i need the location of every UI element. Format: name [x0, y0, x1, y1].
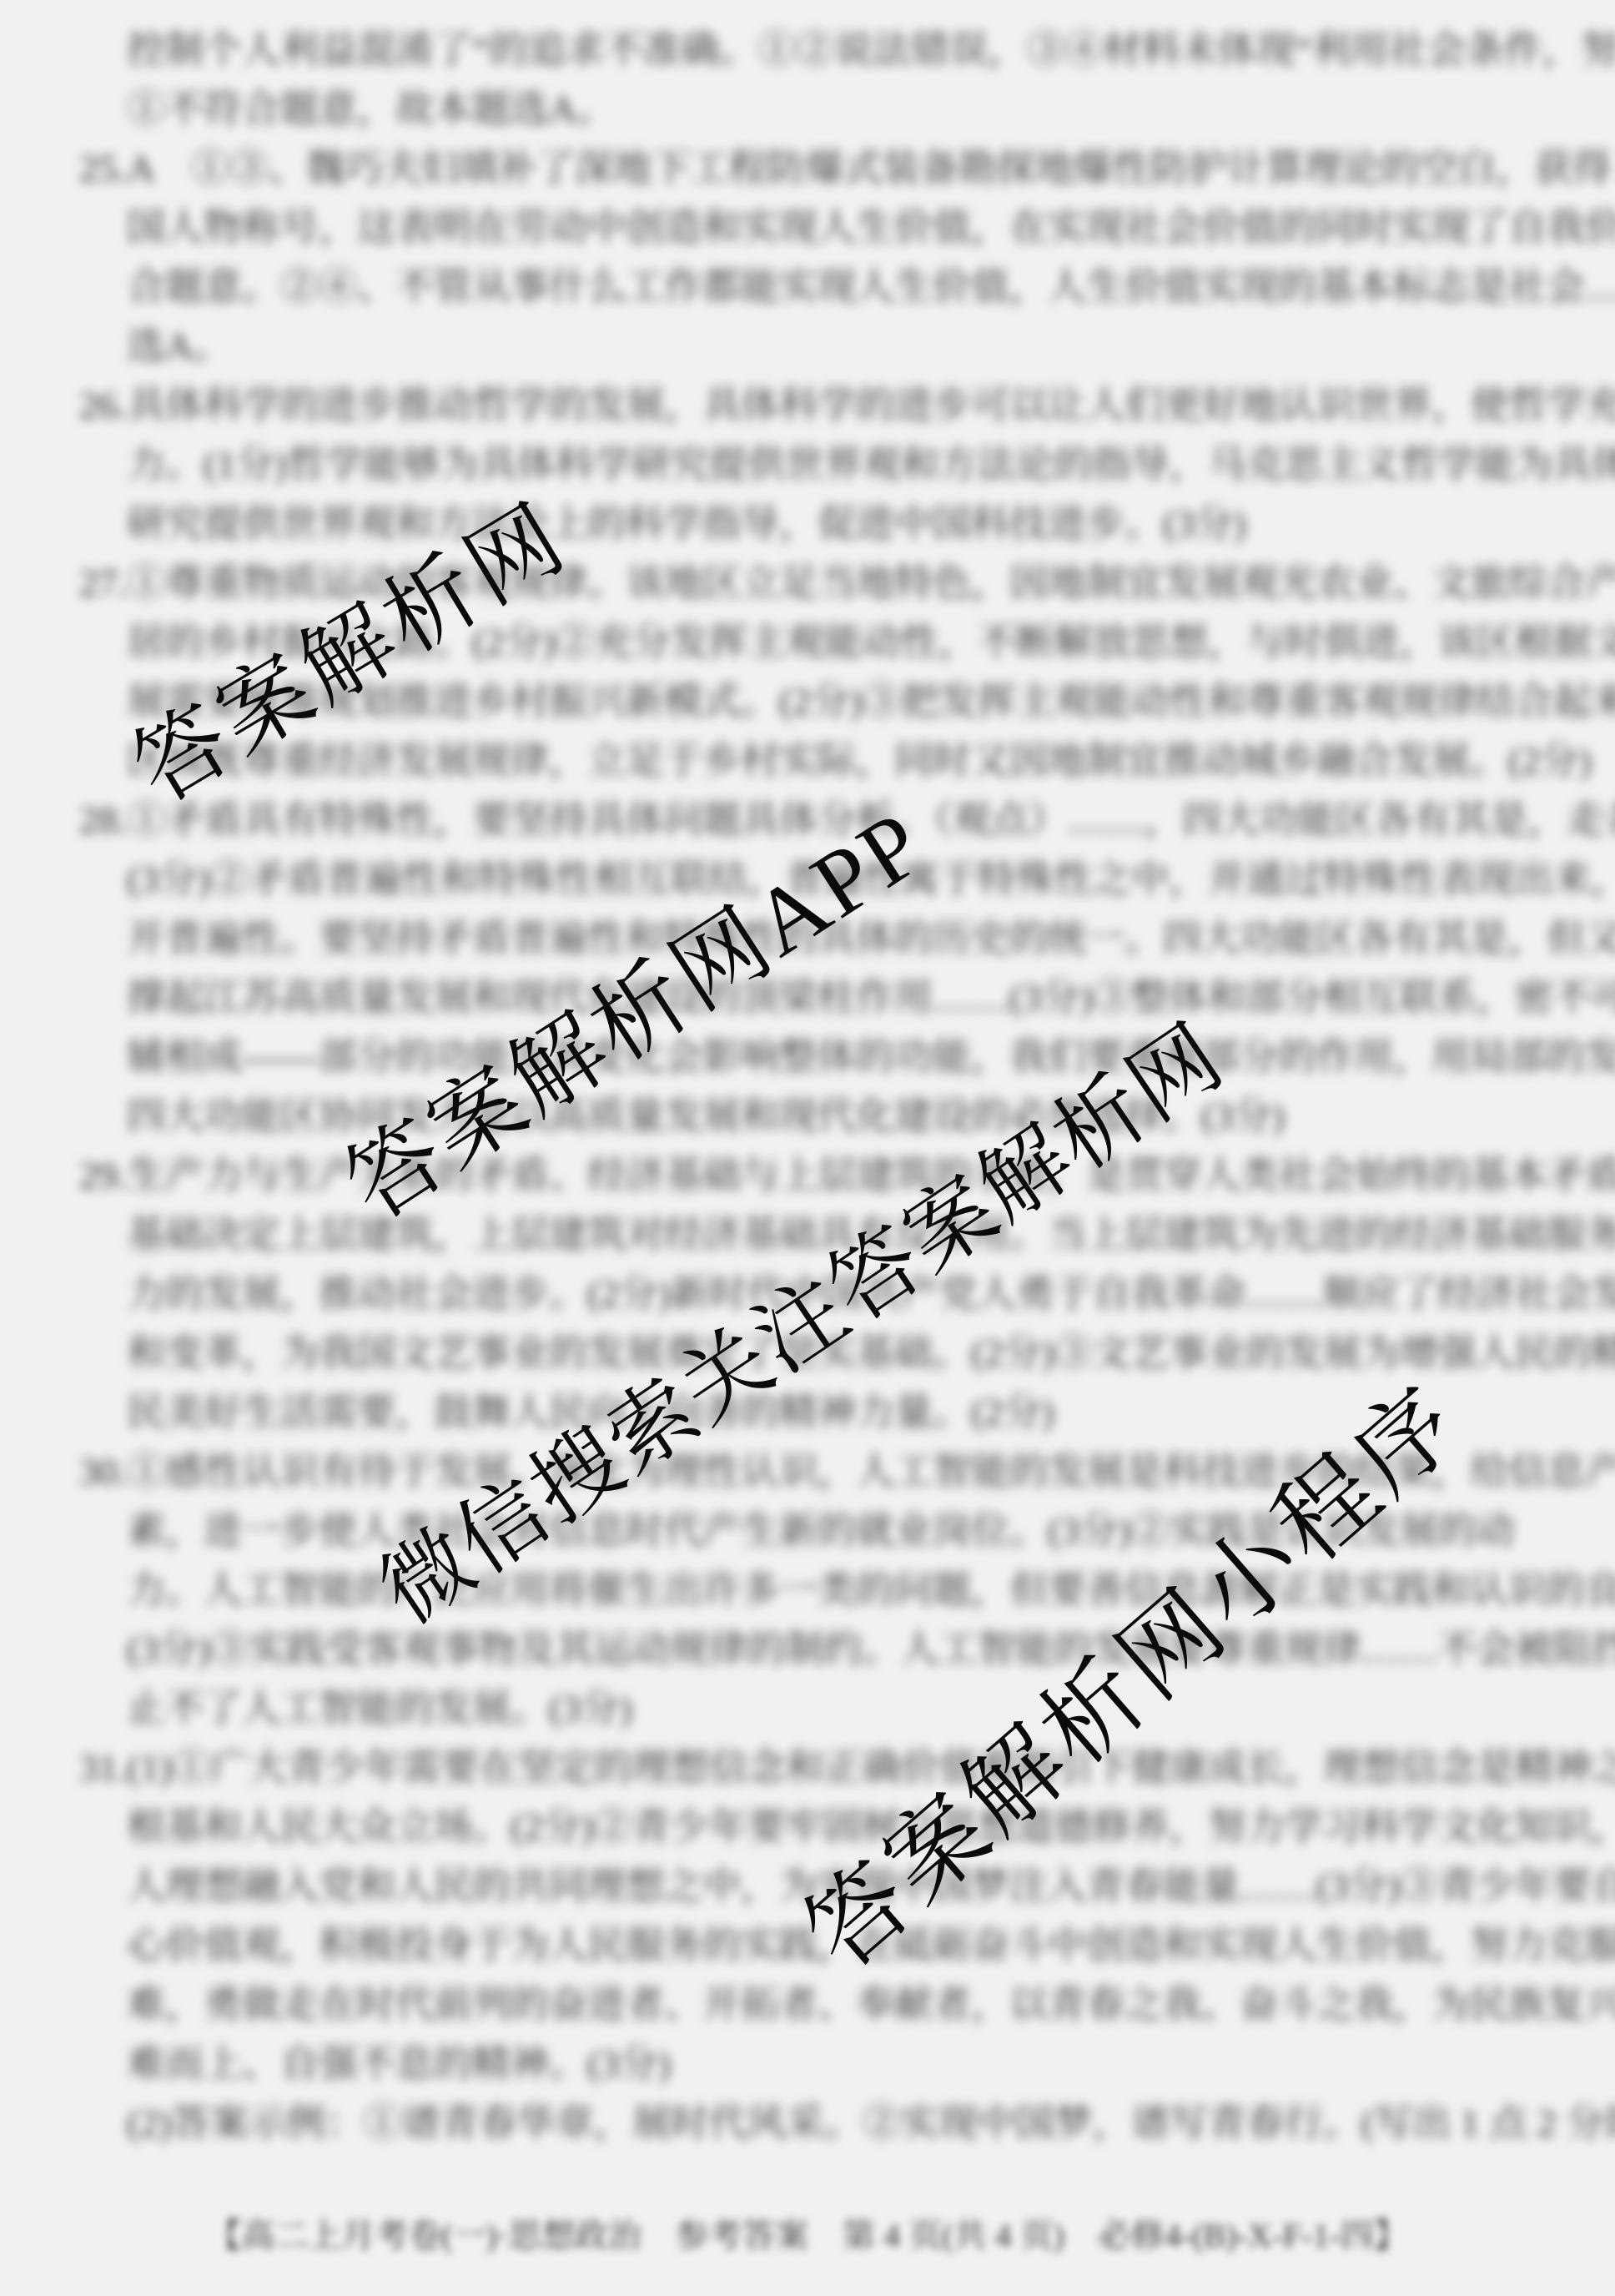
answer-item-first-line: 29.生产力与生产关系的矛盾、经济基础与上层建筑的矛盾，是贯穿人类社会始终的基本…	[79, 1145, 1581, 1205]
answer-line: 力。(1分)哲学能够为具体科学研究提供世界观和方法论的指导，马克思主义哲学能为具…	[79, 435, 1581, 494]
answer-line: ①不符合题意，故本题选A。	[79, 79, 1581, 138]
item-number: 31.	[79, 1738, 128, 1797]
answer-line: 辅相成——部分的功能及其变化会影响整体的功能，我们要重视部分的作用，用局部的发展…	[79, 1027, 1581, 1086]
answer-line: 合题意。②④、不管从事什么工作都能实现人生价值，人生价值实现的基本标志是社会………	[79, 257, 1581, 316]
answer-item-first-line: 28.①矛盾具有特殊性，要坚持具体问题具体分析。（观点）……，四大功能区各有其是…	[79, 790, 1581, 849]
answer-line: 控制个人利益混淆了“的追求不准确。①②说法错误，③④材料未体现“利用社会条件，努…	[79, 20, 1581, 79]
answer-line: 素，进一步使人类社会对信息时代产生新的就业岗位。(3分)②实践是认识发展的动	[79, 1501, 1581, 1560]
answer-line: 和变革，为我国文艺事业的发展奠定了坚实基础。(2分)③文艺事业的发展为增强人民的…	[79, 1323, 1581, 1382]
answer-line: 区域既尊重经济发展规律，立足于乡村实际，同时又因地制宜推动城乡融合发展。(2分)	[79, 731, 1581, 790]
answer-line: 四大功能区协同发力是以高质量发展和现代化建设的必然选择。(3分)	[79, 1086, 1581, 1145]
item-number: 29.	[79, 1145, 128, 1205]
exam-answer-sheet-page: 控制个人利益混淆了“的追求不准确。①②说法错误，③④材料未体现“利用社会条件，努…	[0, 0, 1615, 2296]
answer-item-first-line: 25.A ①③、魏巧夫妇填补了深地下工程防爆式装备勘探地爆性防护计算理论的空白，…	[79, 138, 1581, 198]
page-footer: 【高二上月考卷(一)·思想政治 参考答案 第 4 页(共 4 页) 必修4-(B…	[0, 2213, 1615, 2259]
answer-line: 撑起江苏高质量发展和现代化建设的顶梁柱作用……(3分)③整体和部分相互联系，密不…	[79, 968, 1581, 1027]
answer-line: 开普遍性。要坚持矛盾普遍性和特殊性的具体的历史的统一。四大功能区各有其是，但又与…	[79, 909, 1581, 968]
answer-line: 选A。	[79, 316, 1581, 375]
answer-line: (3分)③实践受客观事物及其运动规律的制约。人工智能的发展要尊重规律……不会被阻…	[79, 1619, 1581, 1679]
answer-line: 基础决定上层建筑，上层建筑对经济基础具有反作用。当上层建筑为先进的经济基础服务时…	[79, 1205, 1581, 1264]
answer-line: 止不了人工智能的发展。(3分)	[79, 1679, 1581, 1738]
answer-item-first-line: 26.具体科学的进步推动哲学的发展，具体科学的进步可以让人们更好地认识世界，使哲…	[79, 375, 1581, 435]
answer-line: 居的乡村振兴之路。(2分)②充分发挥主观能动性，不断解放思想，与时俱进，该区根据…	[79, 612, 1581, 672]
footer-text: 【高二上月考卷(一)·思想政治 参考答案 第 4 页(共 4 页) 必修4-(B…	[208, 2217, 1407, 2254]
answer-line: 展需要统筹规划推进乡村振兴新模式。(2分)③把发挥主观能动性和尊重客观规律结合起…	[79, 672, 1581, 731]
item-number: 30.	[79, 1442, 128, 1501]
item-number: 28.	[79, 790, 128, 849]
answer-line: 力的发展，推动社会进步。(2分)新时代中国共产党人勇于自我革命……顺应了经济社会…	[79, 1264, 1581, 1323]
item-number: 27.	[79, 553, 128, 612]
answer-line: 力。人工智能的广泛应用将催生出许多一类的问题，但要善信息源解正是实践和认识的良性…	[79, 1560, 1581, 1619]
answer-line: (2)答案示例：①谱青春华章，展时代风采。②实现中国梦，谱写青春行。(写出 1 …	[79, 2093, 1581, 2152]
answer-line: 研究提供世界观和方法论上的科学指导，促进中国科技进步。(3分)	[79, 494, 1581, 553]
answer-item-first-line: 30.①感性认识有待于发展、深化为理性认识，人工智能的发展是科技进步的结果，给信…	[79, 1442, 1581, 1501]
item-number: 25.	[79, 138, 128, 198]
item-number: 26.	[79, 375, 128, 435]
answer-line: 难，勇做走在时代前列的奋进者、开拓者、奉献者，以青春之我、奋斗之我，为民族复兴铺…	[79, 1975, 1581, 2034]
answer-line: 难而上、自强不息的精神。(3分)	[79, 2034, 1581, 2093]
answer-line: 根基和人民大众立场。(2分)②青少年要牢固树立思想道德修养，努力学习科学文化知识…	[79, 1797, 1581, 1856]
answer-line: 人理想融入党和人民的共同理想之中，为实现中国梦注入青春能量……(3分)③青少年要…	[79, 1856, 1581, 1916]
answer-item-first-line: 27.①尊重物质运动的客观规律。该地区立足当地特色，因地制宜发展观光农业、文旅综…	[79, 553, 1581, 612]
answer-line: 心价值观，积极投身于为人民服务的实践，在砥砺奋斗中创造和实现人生价值，努力克服前…	[79, 1916, 1581, 1975]
answer-line: 民美好生活需要，鼓舞人民向上向善的精神力量。(2分)	[79, 1382, 1581, 1442]
answer-list: 控制个人利益混淆了“的追求不准确。①②说法错误，③④材料未体现“利用社会条件，努…	[79, 20, 1581, 2152]
answer-item-first-line: 31.(1)①广大青少年需要在坚定的理想信念和正确价值观指引下健康成长，理想信念…	[79, 1738, 1581, 1797]
answer-line: 国人物称号，这表明在劳动中创造和实现人生价值，在实现社会价值的同时实现了自我价值…	[79, 198, 1581, 257]
answer-line: (3分)②矛盾普遍性和特殊性相互联结，普遍性寓于特殊性之中，并通过特殊性表现出来…	[79, 849, 1581, 909]
